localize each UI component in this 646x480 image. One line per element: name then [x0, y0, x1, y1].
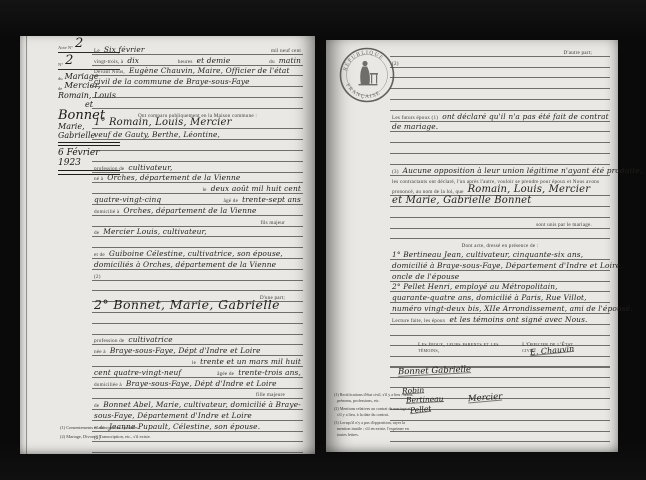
handwritten-text: cultivateur,	[126, 163, 174, 172]
handwritten-text: oncle de l'épouse	[390, 272, 461, 281]
footnote: (3) Lorsqu'il n'y a pas d'opposition, ra…	[334, 420, 414, 438]
register-line: 1° Romain, Louis, Mercier	[92, 119, 303, 130]
register-line	[390, 421, 610, 432]
register-line: numéro vingt-deux bis, XIIe Arrondisseme…	[390, 303, 610, 314]
register-line: oncle de l'épouse	[390, 271, 610, 282]
register-line: D'autre part;	[390, 46, 610, 57]
register-line	[92, 442, 303, 453]
register-line: 1° Bertineau Jean, cultivateur, cinquant…	[390, 249, 610, 260]
handwritten-text: Romain, Louis, Mercier	[466, 184, 593, 195]
footnote: (2) Mariage, Divorce, Transcription, etc…	[60, 434, 152, 440]
register-line: profession decultivateur,	[92, 162, 303, 173]
register-line: Devant Nous,Eugène Chauvin, Maire, Offic…	[92, 66, 303, 77]
register-line: civil de la commune de Braye-sous-Faye	[92, 76, 303, 87]
register-line	[390, 229, 610, 240]
register-line: deBonnet Abel, Marie, cultivateur, domic…	[92, 399, 303, 410]
handwritten-text: Orches, département de la Vienne	[105, 173, 242, 182]
handwritten-text: et les témoins ont signé avec Nous.	[447, 315, 589, 324]
handwritten-text: numéro vingt-deux bis, XIIe Arrondisseme…	[390, 304, 635, 313]
republique-francaise-stamp: RÉPUBLIQUE FRANÇAISE	[338, 46, 396, 104]
printed-form-text: fils majeur	[258, 220, 287, 226]
handwritten-text: cent quatre-vingt-neuf	[92, 368, 183, 377]
marianne-figure-icon	[359, 61, 379, 86]
register-line	[92, 140, 303, 151]
printed-form-text: vingt-trois, à	[92, 59, 125, 65]
register-line: deMercier Louis, cultivateur,	[92, 227, 303, 238]
left-page-body: LeSix févriermil neuf centvingt-trois, à…	[92, 44, 303, 453]
handwritten-text: 2° Bonnet, Marie, Gabrielle	[92, 297, 282, 312]
handwritten-text: et Marie, Gabrielle Bonnet	[390, 195, 533, 206]
printed-form-text: Devant Nous,	[92, 69, 127, 75]
handwritten-text: civil de la commune de Braye-sous-Faye	[92, 77, 252, 86]
register-line	[92, 151, 303, 162]
handwritten-text: trente-trois ans,	[236, 368, 303, 377]
numero-value: 2	[65, 55, 73, 67]
register-line: cent quatre-vingt-neufâgée detrente-troi…	[92, 367, 303, 378]
register-line	[92, 313, 303, 324]
register-line: sont unis par le mariage.	[390, 218, 610, 229]
register-line: (2)	[92, 270, 303, 281]
handwritten-text: deux août mil huit cent	[209, 184, 303, 193]
printed-form-text: et de	[92, 252, 107, 258]
handwritten-text: quarante-quatre ans, domicilié à Paris, …	[390, 293, 589, 302]
footnote: (1) Rectifications d'état civil, s'il y …	[334, 392, 414, 404]
printed-form-text: D'autre part;	[562, 50, 594, 56]
handwritten-text: Braye-sous-Faye, Dépt d'Indre et Loire	[124, 379, 279, 388]
right-page-footnotes: (1) Rectifications d'état civil, s'il y …	[334, 392, 414, 439]
register-line: ledeux août mil huit cent	[92, 183, 303, 194]
register-line: domiciliée àBraye-sous-Faye, Dépt d'Indr…	[92, 378, 303, 389]
register-line: letrente et un mars mil huit	[92, 356, 303, 367]
handwritten-text: cultivatrice	[126, 335, 174, 344]
numero-label: N°	[58, 62, 63, 67]
register-line: Les futurs époux (1)ont déclaré qu'il n'…	[390, 111, 610, 122]
register-line: sous-Faye, Département d'Indre et Loire	[92, 410, 303, 421]
printed-form-text: mil neuf cent	[269, 48, 303, 54]
register-line: quatre-vingt-cinqâgé detrente-sept ans	[92, 194, 303, 205]
printed-form-text: domiciliée à	[92, 382, 124, 388]
handwritten-text: Eugène Chauvin, Maire, Officier de l'éta…	[127, 66, 292, 75]
printed-form-text: (2)	[390, 61, 401, 67]
printed-form-text: le	[201, 187, 209, 193]
register-line	[390, 89, 610, 100]
register-line: née àBraye-sous-Faye, Dépt d'Indre et Lo…	[92, 345, 303, 356]
printed-form-text: de	[92, 230, 101, 236]
handwritten-text: 2° Pellet Henri, employé au Métropolitai…	[390, 282, 560, 291]
register-line	[390, 325, 610, 336]
register-line: vingt-trois, àdixheureset demiedumatin	[92, 55, 303, 66]
register-line: fille majeure	[92, 389, 303, 400]
register-line	[92, 237, 303, 248]
register-line	[92, 281, 303, 292]
register-line	[390, 100, 610, 111]
register-line: né àOrches, département de la Vienne	[92, 173, 303, 184]
register-line	[390, 432, 610, 443]
footnote: (2) Mentions relatives au contrat de mar…	[334, 406, 414, 418]
register-right-page: RÉPUBLIQUE FRANÇAISE D'autre part;(2)Les…	[326, 40, 618, 452]
register-line: Lecture faite, les épouxet les témoins o…	[390, 314, 610, 325]
printed-form-text: née à	[92, 349, 108, 355]
register-line	[390, 132, 610, 143]
register-line: domicilié à Braye-sous-Faye, Département…	[390, 260, 610, 271]
register-line: (3)Aucune opposition à leur union légiti…	[390, 165, 610, 176]
register-line: veuf de Gauty, Berthe, Léontine,	[92, 129, 303, 140]
left-page-footnotes: (1) Consentements et autorisations spéci…	[60, 425, 152, 442]
register-line: domicilié àOrches, département de la Vie…	[92, 205, 303, 216]
handwritten-text: sous-Faye, Département d'Indre et Loire	[92, 411, 254, 420]
printed-form-text: sont unis par le mariage.	[534, 222, 594, 228]
handwritten-text: ont déclaré qu'il n'a pas été fait de co…	[440, 112, 611, 121]
register-line: (2)	[390, 57, 610, 68]
register-line: et Marie, Gabrielle Bonnet	[390, 196, 610, 207]
register-line: profession decultivatrice	[92, 335, 303, 346]
register-left-page: Acte N° 2 N° 2 du Mariage de Mercier, Ro…	[20, 36, 315, 454]
handwritten-text: de mariage.	[390, 122, 440, 131]
printed-form-text: domicilié à	[92, 209, 121, 215]
handwritten-text: 1° Bertineau Jean, cultivateur, cinquant…	[390, 250, 585, 259]
register-line: de mariage.	[390, 122, 610, 133]
register-line: fils majeur	[92, 216, 303, 227]
parties-signature-label: Les époux, leurs parents et les témoins,	[416, 342, 520, 354]
register-line: 2° Pellet Henri, employé au Métropolitai…	[390, 282, 610, 293]
acte-number-label: Acte N°	[58, 45, 73, 50]
handwritten-text: domicilié à Braye-sous-Faye, Département…	[390, 261, 625, 270]
du-label: du	[58, 76, 63, 81]
printed-form-text: Les futurs époux (1)	[390, 115, 440, 121]
register-line: quarante-quatre ans, domicilié à Paris, …	[390, 292, 610, 303]
handwritten-text: trente-sept ans	[240, 195, 303, 204]
printed-form-text: de	[92, 403, 101, 409]
handwritten-text: veuf de Gauty, Berthe, Léontine,	[92, 130, 222, 139]
handwritten-text: quatre-vingt-cinq	[92, 195, 163, 204]
handwritten-text: Orches, département de la Vienne	[121, 206, 258, 215]
printed-form-text: du	[267, 59, 277, 65]
printed-form-text: né à	[92, 176, 105, 182]
register-line: LeSix févriermil neuf cent	[92, 44, 303, 55]
register-line: 2° Bonnet, Marie, Gabrielle	[92, 302, 303, 313]
handwritten-text: Aucune opposition à leur union légitime …	[401, 166, 645, 175]
register-line: et deGuiboine Célestine, cultivatrice, s…	[92, 248, 303, 259]
footnote: (1) Consentements et autorisations spéci…	[60, 425, 152, 431]
handwritten-text: Guiboine Célestine, cultivatrice, son ép…	[107, 249, 285, 258]
printed-form-text: profession de	[92, 166, 126, 172]
printed-form-text: profession de	[92, 338, 126, 344]
printed-form-text: Lecture faite, les époux	[390, 318, 447, 324]
register-line	[390, 207, 610, 218]
handwritten-text: et demie	[195, 56, 233, 65]
register-line	[390, 154, 610, 165]
handwritten-text: matin	[277, 56, 303, 65]
register-line	[390, 356, 610, 367]
register-line	[92, 87, 303, 98]
handwritten-text: domiciliés à Orches, département de la V…	[92, 260, 278, 269]
handwritten-text: trente et un mars mil huit	[198, 357, 303, 366]
register-line	[390, 68, 610, 79]
handwritten-text: Bonnet Abel, Marie, cultivateur, domicil…	[101, 400, 303, 409]
printed-form-text: Le	[92, 48, 102, 54]
register-line: Dont acte, dressé en présence de :	[390, 239, 610, 249]
signature-header-row: Les époux, leurs parents et les témoins,…	[390, 342, 610, 354]
printed-form-text: heures	[176, 59, 195, 65]
acte-number-value: 2	[75, 38, 83, 50]
handwritten-text: 1° Romain, Louis, Mercier	[92, 117, 234, 128]
handwritten-text: Braye-sous-Faye, Dépt d'Indre et Loire	[108, 346, 263, 355]
register-line	[92, 98, 303, 109]
printed-form-text: fille majeure	[254, 392, 287, 398]
register-line	[92, 324, 303, 335]
handwritten-text: Mercier Louis, cultivateur,	[101, 227, 209, 236]
printed-form-text: (3)	[390, 169, 401, 175]
right-page-body: D'autre part;(2)Les futurs époux (1)ont …	[390, 46, 610, 368]
register-line: domiciliés à Orches, département de la V…	[92, 259, 303, 270]
printed-form-text: âgée de	[215, 371, 236, 377]
register-line	[390, 78, 610, 89]
handwritten-text: Six février	[102, 45, 147, 54]
printed-form-text: âgé de	[222, 198, 241, 204]
printed-form-text: (2)	[92, 274, 103, 280]
handwritten-text: dix	[125, 56, 141, 65]
printed-form-text: le	[190, 360, 198, 366]
register-line	[390, 143, 610, 154]
